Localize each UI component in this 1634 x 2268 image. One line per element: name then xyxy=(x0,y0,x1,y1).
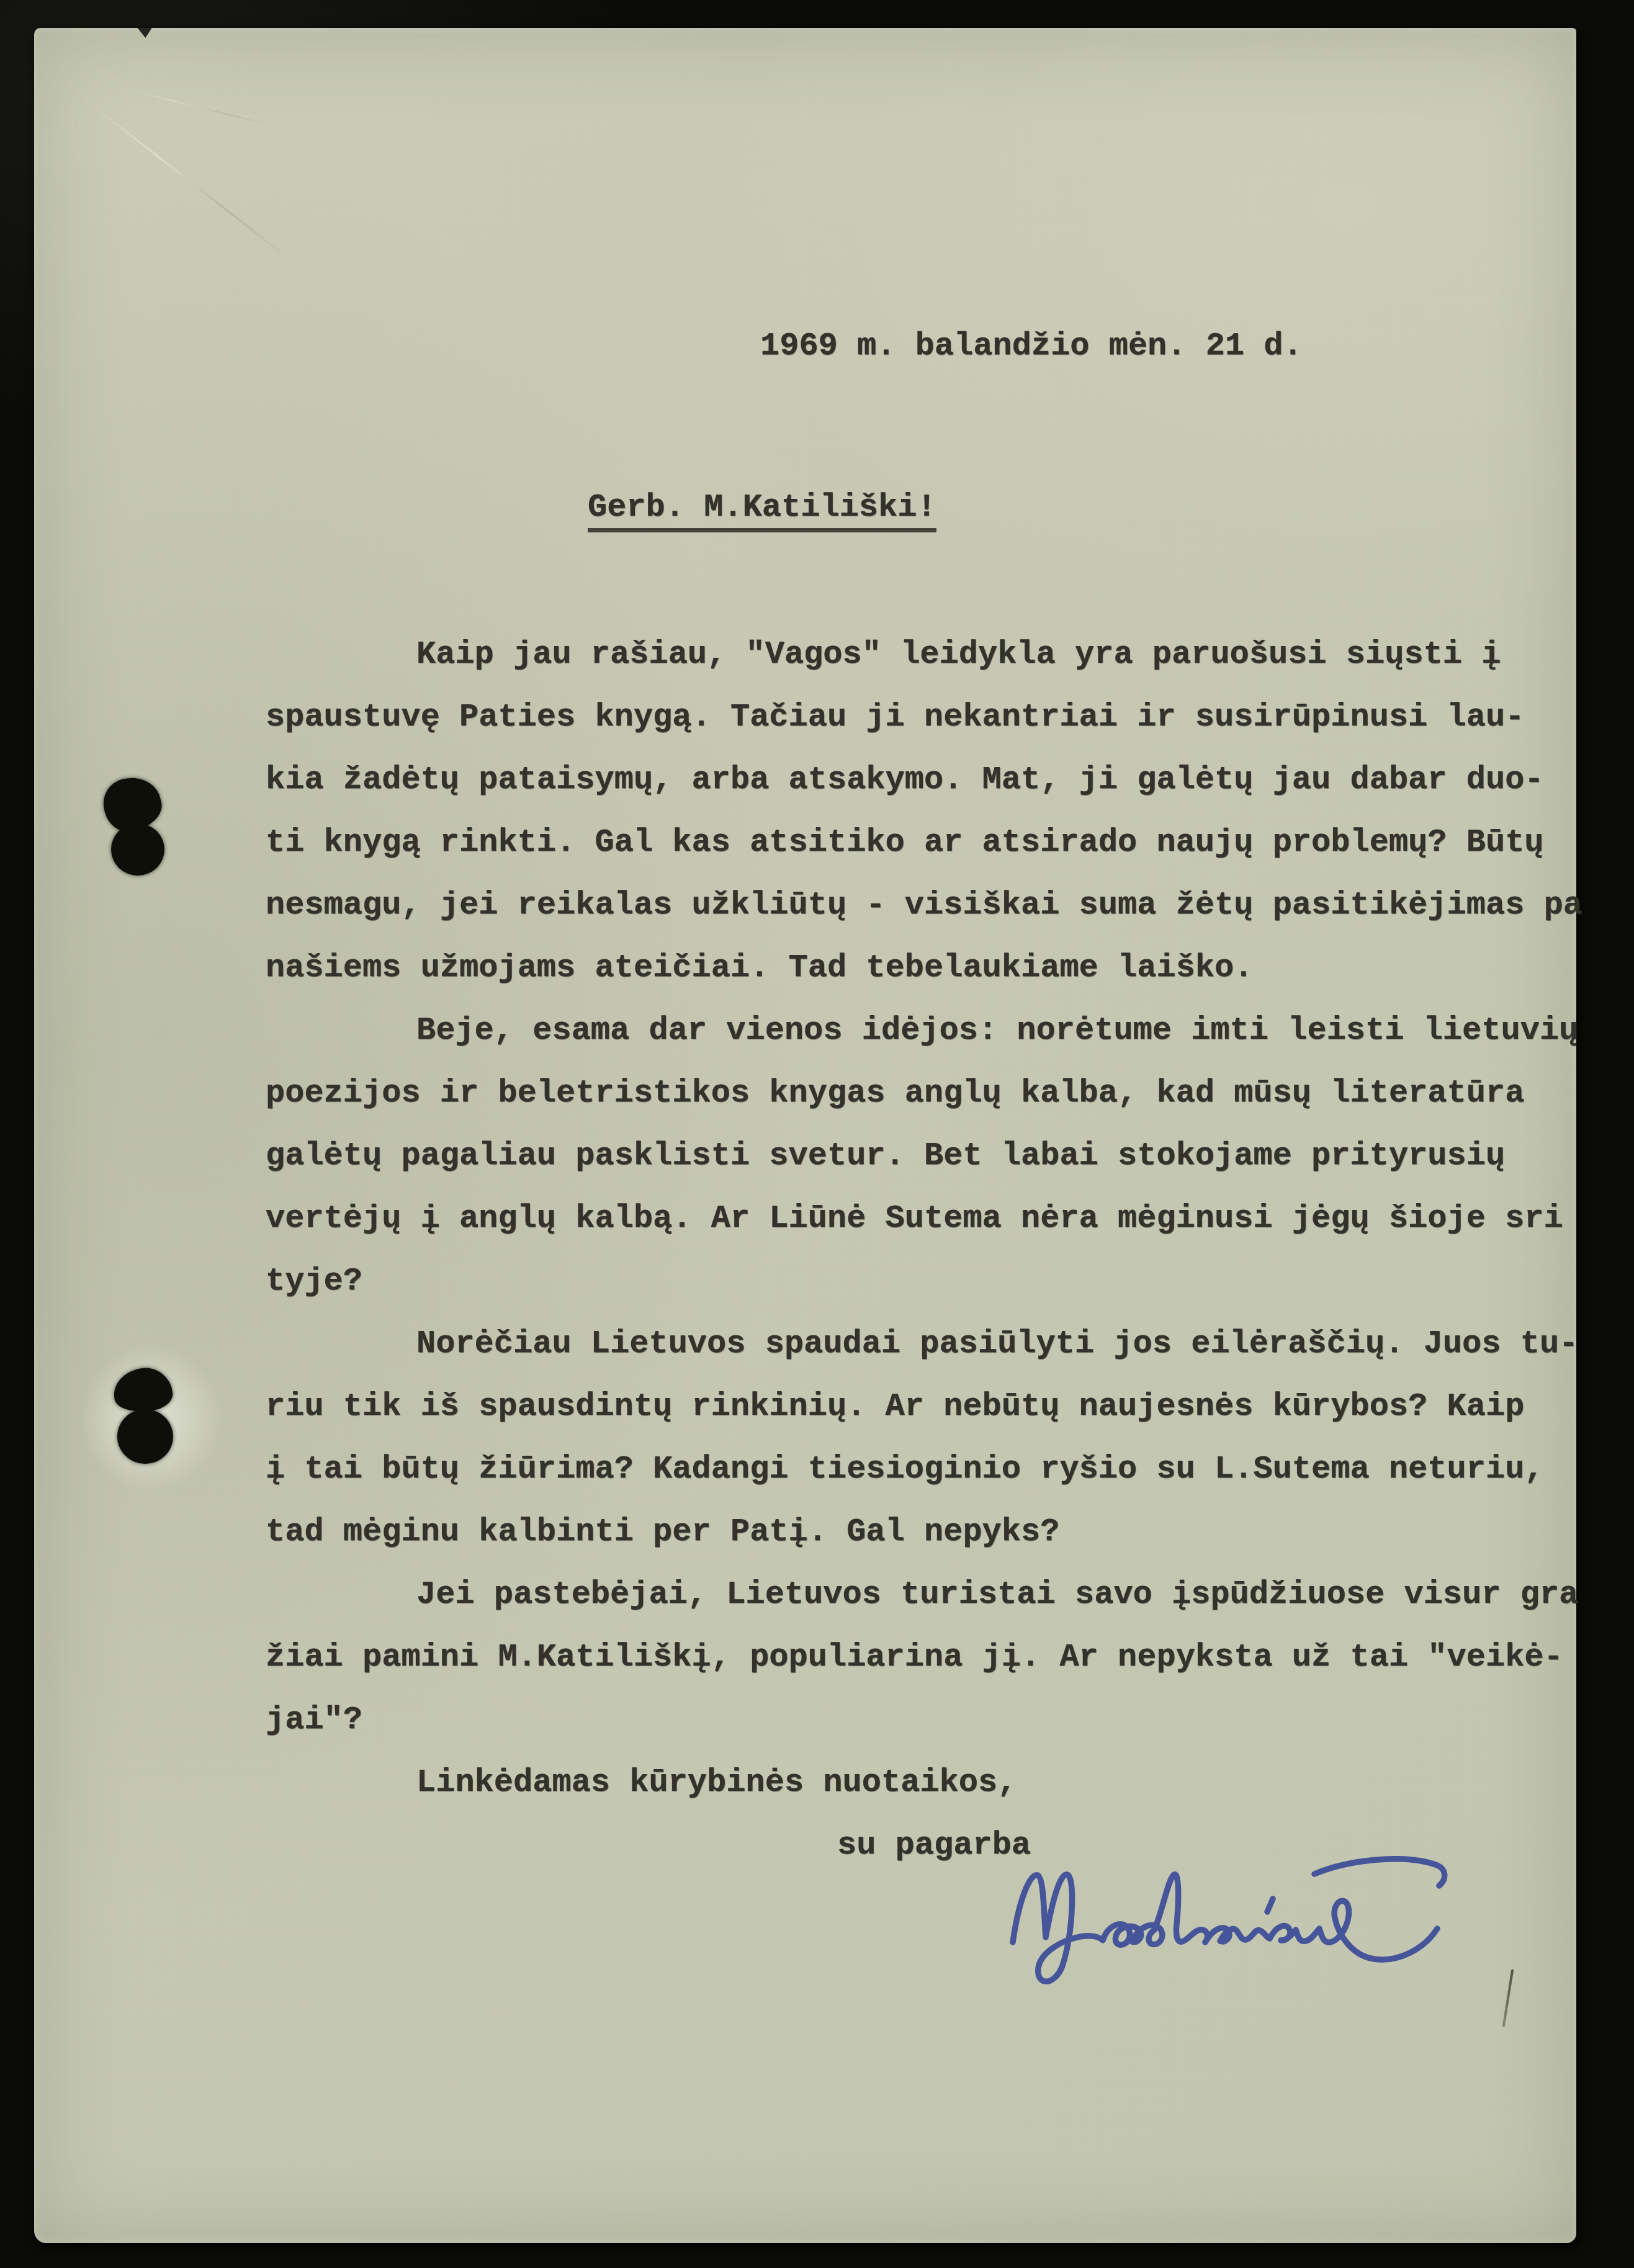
hole-punch-hole xyxy=(117,1409,173,1464)
letter-line: našiems užmojams ateičiai. Tad tebelauki… xyxy=(266,936,1618,999)
letter-line: vertėjų į anglų kalbą. Ar Liūnė Sutema n… xyxy=(266,1187,1618,1250)
letter-line: galėtų pagaliau pasklisti svetur. Bet la… xyxy=(266,1124,1618,1187)
letter-line: Jei pastebėjai, Lietuvos turistai savo į… xyxy=(266,1563,1618,1626)
letter-line: jai"? xyxy=(266,1688,1618,1751)
date-line: 1969 m. balandžio mėn. 21 d. xyxy=(760,315,1303,377)
letter-line: riu tik iš spausdintų rinkinių. Ar nebūt… xyxy=(266,1375,1618,1438)
letter-line: Beje, esama dar vienos idėjos: norėtume … xyxy=(266,999,1618,1062)
letter-line: Norėčiau Lietuvos spaudai pasiūlyti jos … xyxy=(266,1312,1618,1375)
paper-crease xyxy=(89,102,296,264)
letter-line: žiai pamini M.Katiliškį, populiarina jį.… xyxy=(266,1626,1618,1688)
letter-paper: 1969 m. balandžio mėn. 21 d. Gerb. M.Kat… xyxy=(34,28,1576,2243)
letter-line: tyje? xyxy=(266,1250,1618,1312)
paper-crease xyxy=(121,87,278,128)
signature-ink-svg xyxy=(999,1837,1458,1998)
letter-line: Kaip jau rašiau, "Vagos" leidykla yra pa… xyxy=(266,623,1618,686)
paper-edge-notch xyxy=(137,27,153,38)
letter-line: spaustuvę Paties knygą. Tačiau ji nekant… xyxy=(266,686,1618,748)
letter-line: Linkėdamas kūrybinės nuotaikos, xyxy=(266,1751,1618,1814)
letter-line: tad mėginu kalbinti per Patį. Gal nepyks… xyxy=(266,1500,1618,1563)
salutation: Gerb. M.Katiliški! xyxy=(588,476,936,539)
signature xyxy=(999,1837,1458,1998)
salutation-text: Gerb. M.Katiliški! xyxy=(588,489,936,532)
hole-punch-hole xyxy=(111,823,164,876)
ink-mark xyxy=(1502,1969,1514,2027)
letter-line: į tai būtų žiūrima? Kadangi tiesioginio … xyxy=(266,1438,1618,1500)
letter-line: kia žadėtų pataisymų, arba atsakymo. Mat… xyxy=(266,748,1618,811)
letter-line: nesmagu, jei reikalas užkliūtų - visiška… xyxy=(266,874,1618,936)
letter-line: poezijos ir beletristikos knygas anglų k… xyxy=(266,1062,1618,1124)
letter-line: ti knygą rinkti. Gal kas atsitiko ar ats… xyxy=(266,811,1618,874)
letter-body: Kaip jau rašiau, "Vagos" leidykla yra pa… xyxy=(266,623,1618,1814)
